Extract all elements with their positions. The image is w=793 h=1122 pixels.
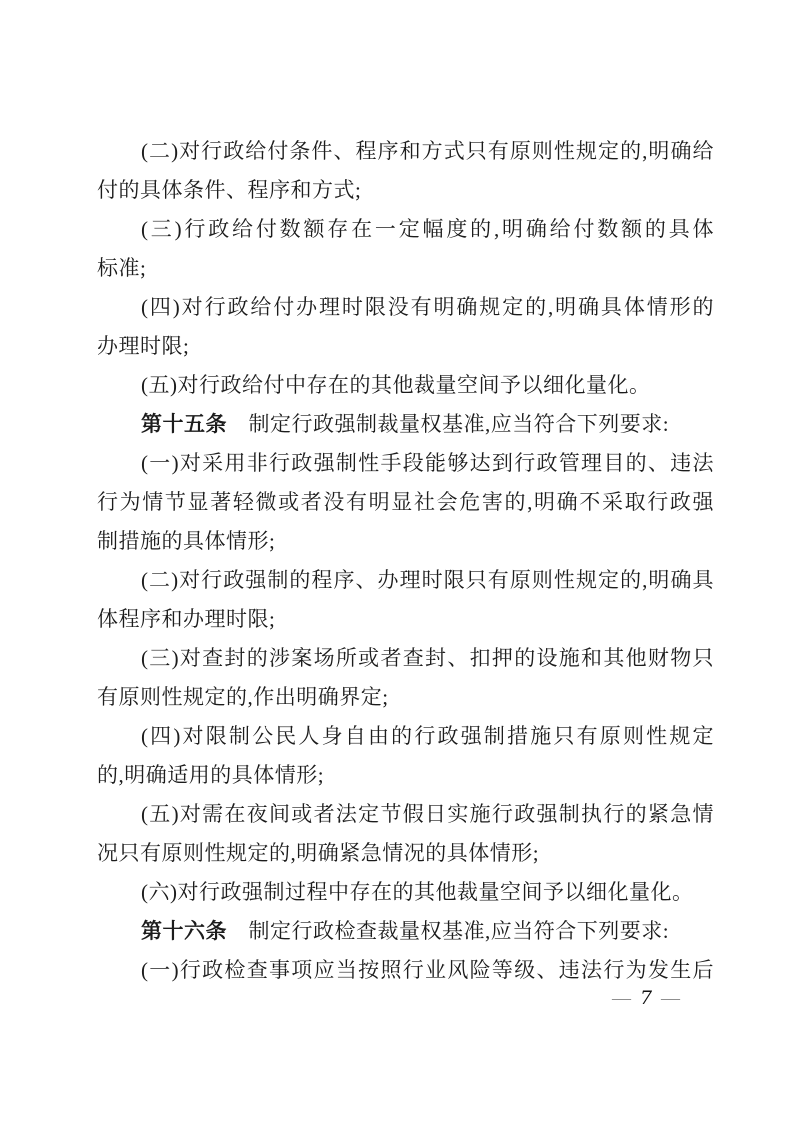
article-number: 第十六条 (141, 920, 227, 943)
text-line: 办理时限; (97, 327, 714, 366)
text-line: 有原则性规定的,作出明确界定; (97, 678, 714, 717)
page-number-right-dash: — (661, 988, 680, 1009)
text-line: (一)对采用非行政强制性手段能够达到行政管理目的、违法 (97, 444, 714, 483)
text-line: 行为情节显著轻微或者没有明显社会危害的,明确不采取行政强 (97, 483, 714, 522)
text-line: (五)对行政给付中存在的其他裁量空间予以细化量化。 (97, 366, 714, 405)
text-line: 标准; (97, 249, 714, 288)
document-body: (二)对行政给付条件、程序和方式只有原则性规定的,明确给付的具体条件、程序和方式… (97, 132, 714, 990)
text-line: (三)行政给付数额存在一定幅度的,明确给付数额的具体 (97, 210, 714, 249)
text-line: (四)对行政给付办理时限没有明确规定的,明确具体情形的 (97, 288, 714, 327)
text-line: 第十六条 制定行政检查裁量权基准,应当符合下列要求: (97, 912, 714, 951)
text-line: (三)对查封的涉案场所或者查封、扣押的设施和其他财物只 (97, 639, 714, 678)
text-line: (四)对限制公民人身自由的行政强制措施只有原则性规定 (97, 717, 714, 756)
page-number-left-dash: — (612, 988, 631, 1009)
text-line: 制措施的具体情形; (97, 522, 714, 561)
text-line: 的,明确适用的具体情形; (97, 756, 714, 795)
text-line: (二)对行政给付条件、程序和方式只有原则性规定的,明确给 (97, 132, 714, 171)
text-line: (二)对行政强制的程序、办理时限只有原则性规定的,明确具 (97, 561, 714, 600)
text-line: (六)对行政强制过程中存在的其他裁量空间予以细化量化。 (97, 873, 714, 912)
article-number: 第十五条 (141, 413, 227, 436)
page-number: —7— (596, 985, 696, 1012)
text-line: 体程序和办理时限; (97, 600, 714, 639)
text-line: (五)对需在夜间或者法定节假日实施行政强制执行的紧急情 (97, 795, 714, 834)
text-line: 第十五条 制定行政强制裁量权基准,应当符合下列要求: (97, 405, 714, 444)
text-line: 付的具体条件、程序和方式; (97, 171, 714, 210)
page-number-value: 7 (640, 985, 652, 1011)
text-line: 况只有原则性规定的,明确紧急情况的具体情形; (97, 834, 714, 873)
document-page: (二)对行政给付条件、程序和方式只有原则性规定的,明确给付的具体条件、程序和方式… (0, 0, 793, 1122)
